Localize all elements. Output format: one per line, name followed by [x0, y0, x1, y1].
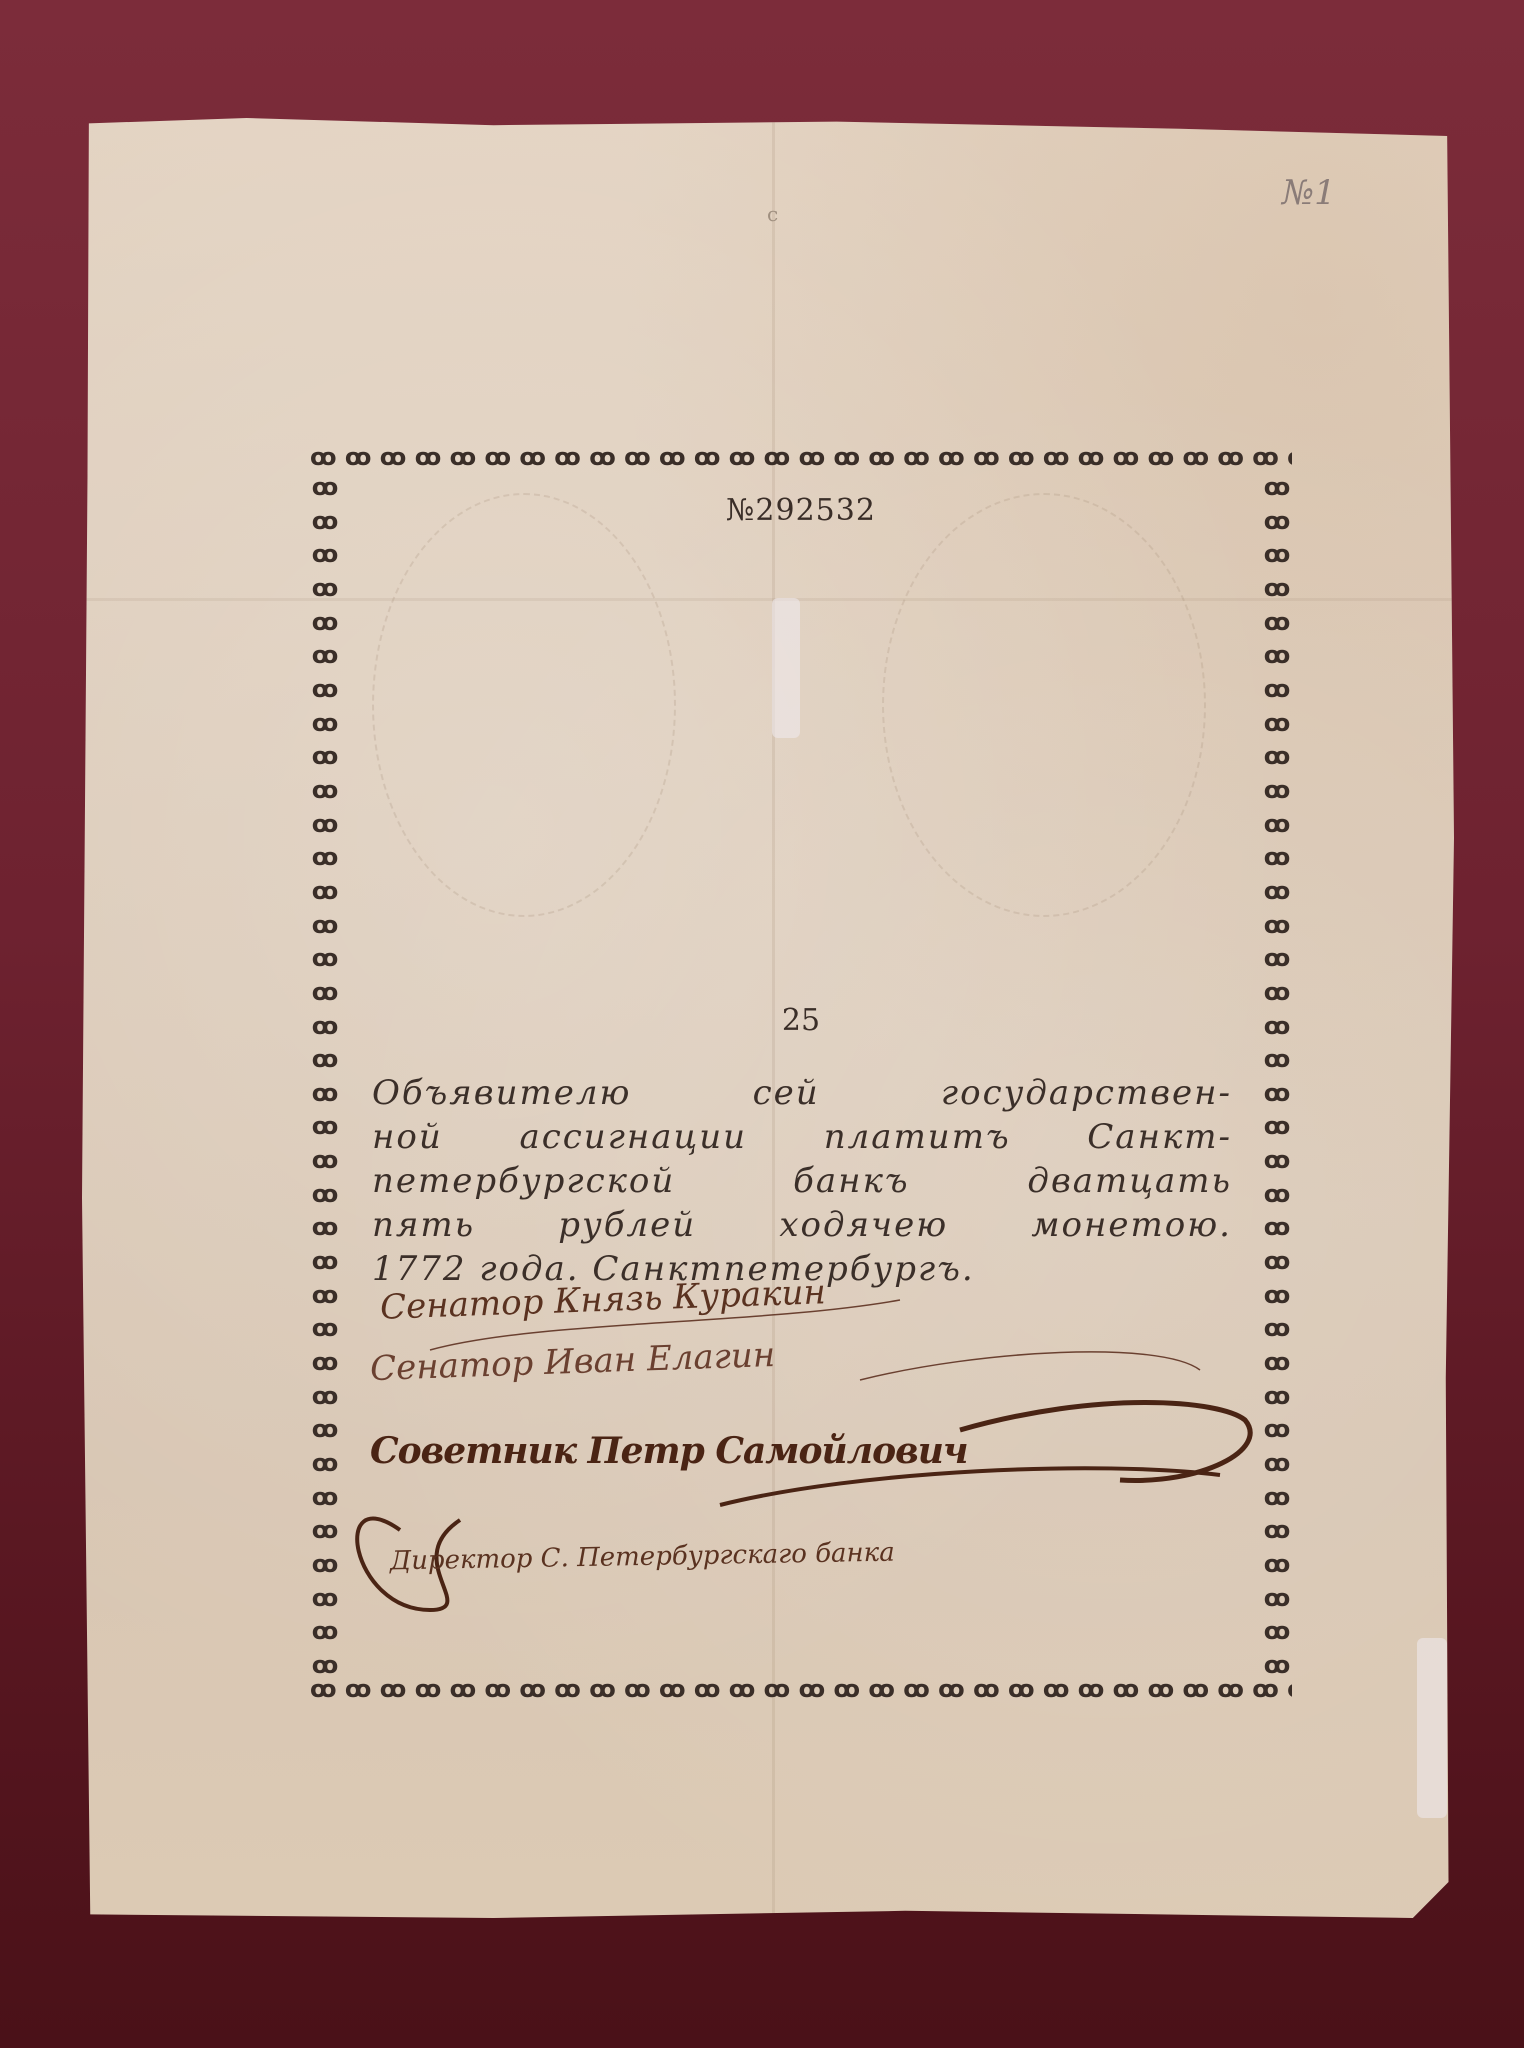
ornament-glyph: ꝏ [312, 980, 339, 1004]
text-line: пять рублей ходячею монетою. [372, 1203, 1232, 1247]
ornament-glyph: ꝏ [1264, 1182, 1291, 1206]
ornament-glyph: ꝏ [312, 1518, 339, 1542]
ornament-glyph: ꝏ [312, 879, 339, 903]
ornament-glyph: ꝏ [1264, 778, 1291, 802]
ornament-glyph: ꝏ [1264, 913, 1291, 937]
ornament-glyph: ꝏ [312, 946, 339, 970]
ornament-border-top: ꝏ ꝏ ꝏ ꝏ ꝏ ꝏ ꝏ ꝏ ꝏ ꝏ ꝏ ꝏ ꝏ ꝏ ꝏ ꝏ ꝏ ꝏ ꝏ ꝏ … [310, 445, 1292, 475]
ornament-glyph: ꝏ [312, 1215, 339, 1239]
text-line: Объявителю сей государствен- [372, 1071, 1232, 1115]
ornament-glyph: ꝏ [1264, 1417, 1291, 1441]
ornament-glyph: ꝏ [1264, 946, 1291, 970]
ornament-glyph: ꝏ [312, 1148, 339, 1172]
text-line: петербургской банкъ дватцать [372, 1159, 1232, 1203]
ornament-glyph: ꝏ [1264, 1350, 1291, 1374]
ornament-glyph: ꝏ [1264, 1552, 1291, 1576]
ornament-glyph: ꝏ [312, 1249, 339, 1273]
ornament-glyph: ꝏ [312, 677, 339, 701]
ornament-glyph: ꝏ [312, 1552, 339, 1576]
ornament-glyph: ꝏ [312, 542, 339, 566]
ornament-glyph: ꝏ [312, 1417, 339, 1441]
ornament-glyph: ꝏ [1264, 1451, 1291, 1475]
ornament-glyph: ꝏ [312, 1384, 339, 1408]
ornament-glyph: ꝏ [312, 778, 339, 802]
ornament-glyph: ꝏ [1264, 744, 1291, 768]
ornament-glyph: ꝏ [312, 1485, 339, 1509]
ornament-glyph: ꝏ [312, 643, 339, 667]
ornament-glyph: ꝏ [312, 1081, 339, 1105]
ornament-glyph: ꝏ [1264, 1384, 1291, 1408]
ornament-glyph: ꝏ [1264, 845, 1291, 869]
ornament-glyph: ꝏ [1264, 1653, 1291, 1677]
ornament-glyph: ꝏ [312, 845, 339, 869]
ornament-glyph: ꝏ [1264, 1619, 1291, 1643]
ornament-glyph: ꝏ [312, 744, 339, 768]
pencil-annotation: №1 [1282, 173, 1336, 213]
ornament-glyph: ꝏ [312, 913, 339, 937]
banknote-paper: №1 c ꝏ ꝏ ꝏ ꝏ ꝏ ꝏ ꝏ ꝏ ꝏ ꝏ ꝏ ꝏ ꝏ ꝏ ꝏ ꝏ ꝏ ꝏ… [82, 118, 1454, 1918]
ornament-glyph: ꝏ [312, 1316, 339, 1340]
ornament-glyph: ꝏ [1264, 1148, 1291, 1172]
ornament-glyph: ꝏ [1264, 711, 1291, 735]
ornament-border-left: ꝏꝏꝏꝏꝏꝏꝏꝏꝏꝏꝏꝏꝏꝏꝏꝏꝏꝏꝏꝏꝏꝏꝏꝏꝏꝏꝏꝏꝏꝏꝏꝏꝏꝏꝏꝏ [310, 475, 340, 1677]
ornamental-frame: ꝏ ꝏ ꝏ ꝏ ꝏ ꝏ ꝏ ꝏ ꝏ ꝏ ꝏ ꝏ ꝏ ꝏ ꝏ ꝏ ꝏ ꝏ ꝏ ꝏ … [310, 445, 1292, 1707]
serial-number: №292532 [310, 493, 1292, 528]
ornament-glyph: ꝏ [1264, 1215, 1291, 1239]
ornament-border-right: ꝏꝏꝏꝏꝏꝏꝏꝏꝏꝏꝏꝏꝏꝏꝏꝏꝏꝏꝏꝏꝏꝏꝏꝏꝏꝏꝏꝏꝏꝏꝏꝏꝏꝏꝏꝏ [1262, 475, 1292, 1677]
ornament-glyph: ꝏ [1264, 879, 1291, 903]
denomination: 25 [310, 1003, 1292, 1038]
ornament-glyph: ꝏ [312, 1114, 339, 1138]
ornament-glyph: ꝏ [312, 1653, 339, 1677]
ornament-glyph: ꝏ [312, 812, 339, 836]
ornament-glyph: ꝏ [1264, 1047, 1291, 1071]
ornament-glyph: ꝏ [312, 1283, 339, 1307]
ornament-border-bottom: ꝏ ꝏ ꝏ ꝏ ꝏ ꝏ ꝏ ꝏ ꝏ ꝏ ꝏ ꝏ ꝏ ꝏ ꝏ ꝏ ꝏ ꝏ ꝏ ꝏ … [310, 1677, 1292, 1707]
ornament-glyph: ꝏ [1264, 1518, 1291, 1542]
ornament-glyph: ꝏ [1264, 610, 1291, 634]
ornament-glyph: ꝏ [1264, 542, 1291, 566]
ornament-glyph: ꝏ [312, 1451, 339, 1475]
text-line: ной ассигнации платитъ Санкт- [372, 1115, 1232, 1159]
signature-councillor: Советник Петр Самойлович [370, 1430, 968, 1472]
ornament-glyph: ꝏ [1264, 1081, 1291, 1105]
ornament-glyph: ꝏ [1264, 1114, 1291, 1138]
ornament-glyph: ꝏ [312, 1350, 339, 1374]
promissory-text: Объявителю сей государствен- ной ассигна… [372, 1071, 1232, 1291]
ornament-glyph: ꝏ [312, 610, 339, 634]
ornament-glyph: ꝏ [1264, 1485, 1291, 1509]
ornament-glyph: ꝏ [1264, 677, 1291, 701]
signature-block: Сенатор Князь Куракин Сенатор Иван Елаги… [340, 1280, 1260, 1640]
ornament-glyph: ꝏ [1264, 1316, 1291, 1340]
paper-edge-patch [1417, 1638, 1447, 1818]
ornament-glyph: ꝏ [1264, 980, 1291, 1004]
small-ink-mark: c [767, 202, 778, 226]
ornament-glyph: ꝏ [1264, 643, 1291, 667]
ornament-glyph: ꝏ [312, 1047, 339, 1071]
ornament-glyph: ꝏ [312, 1586, 339, 1610]
ornament-glyph: ꝏ [312, 576, 339, 600]
ornament-glyph: ꝏ [1264, 576, 1291, 600]
ornament-glyph: ꝏ [312, 1619, 339, 1643]
ornament-row-glyphs: ꝏ ꝏ ꝏ ꝏ ꝏ ꝏ ꝏ ꝏ ꝏ ꝏ ꝏ ꝏ ꝏ ꝏ ꝏ ꝏ ꝏ ꝏ ꝏ ꝏ … [310, 445, 1292, 471]
ornament-glyph: ꝏ [312, 1182, 339, 1206]
ornament-glyph: ꝏ [1264, 812, 1291, 836]
ornament-glyph: ꝏ [1264, 1249, 1291, 1273]
ornament-row-glyphs: ꝏ ꝏ ꝏ ꝏ ꝏ ꝏ ꝏ ꝏ ꝏ ꝏ ꝏ ꝏ ꝏ ꝏ ꝏ ꝏ ꝏ ꝏ ꝏ ꝏ … [310, 1677, 1292, 1703]
ornament-glyph: ꝏ [1264, 1283, 1291, 1307]
ornament-glyph: ꝏ [1264, 1586, 1291, 1610]
ornament-glyph: ꝏ [312, 711, 339, 735]
